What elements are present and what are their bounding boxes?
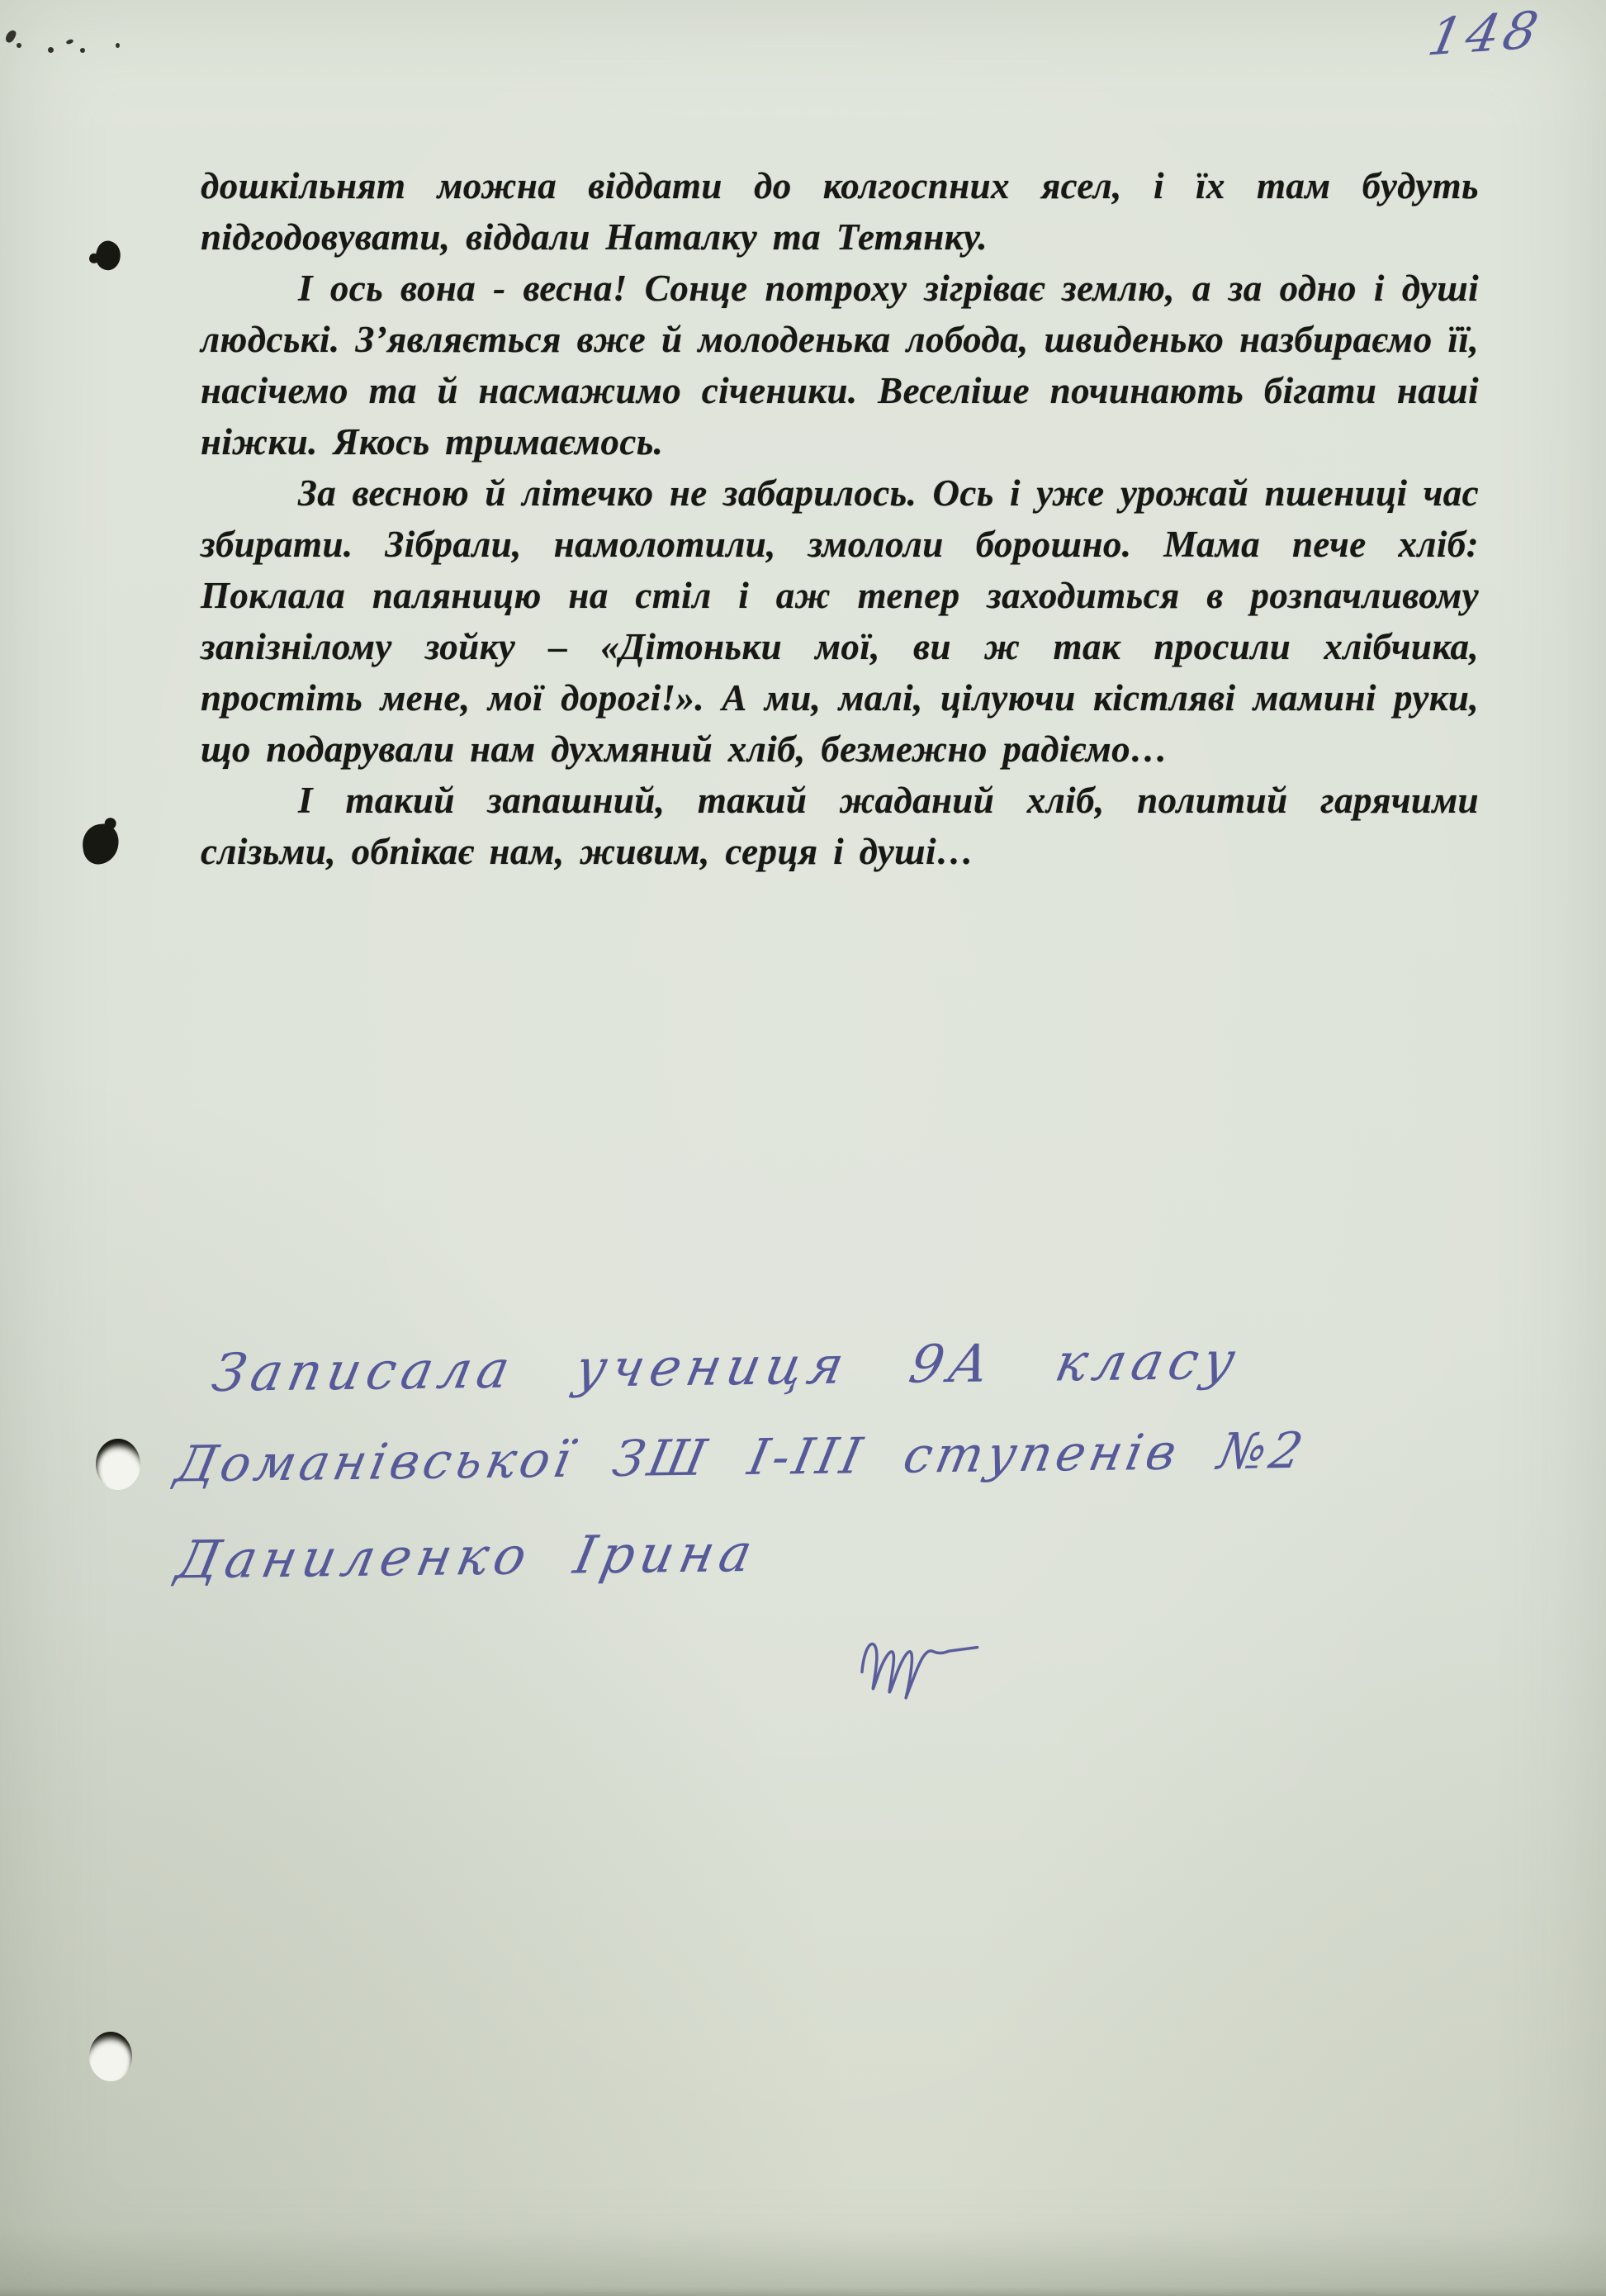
punch-hole [96,1439,140,1490]
handwritten-line: Даниленко Ірина [172,1523,763,1591]
handwritten-line: Доманівської ЗШ І-ІІІ ступенів №2 [171,1422,1312,1494]
pen-mark [116,43,120,48]
typed-text-block: дошкільнят можна віддати до колгоспних я… [201,160,1479,877]
scanned-document-page: 148 дошкільнят можна віддати до колгоспн… [0,0,1606,2296]
pen-mark [4,29,17,45]
pen-mark [48,47,54,53]
paragraph: І такий запашний, такий жаданий хліб, по… [201,775,1479,877]
paragraph: За весною й літечко не забарилось. Ось і… [201,467,1479,775]
pen-mark [17,43,21,48]
paragraph-continuation: дошкільнят можна віддати до колгоспних я… [201,160,1479,263]
pen-mark [80,48,85,53]
handwritten-line: Записала учениця 9А класу [207,1331,1246,1403]
paragraph: І ось вона - весна! Сонце потроху зігрів… [201,263,1479,467]
ink-blot [80,822,121,866]
punch-hole [89,2032,132,2081]
page-number: 148 [1424,0,1547,68]
ink-blot [92,238,124,273]
signature-scribble [851,1619,992,1715]
pen-mark [65,39,73,45]
